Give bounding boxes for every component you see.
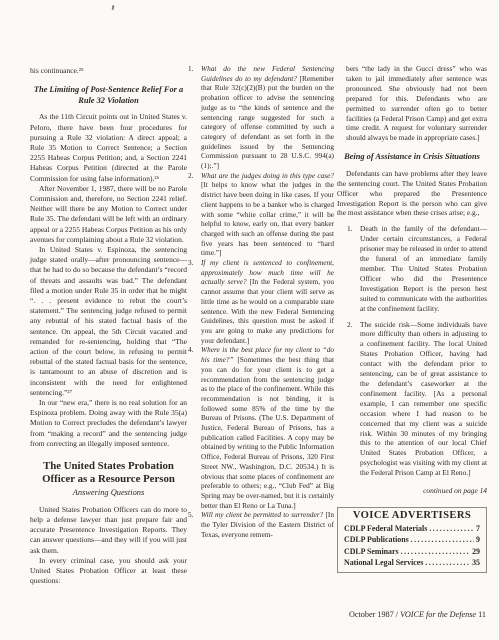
- journal-title: VOICE for the Defense: [400, 610, 476, 619]
- advertiser-row: National Legal Services 35: [344, 557, 480, 568]
- question-number: 5.: [188, 510, 201, 539]
- paragraph: After November 1, 1987, there will be no…: [30, 184, 187, 245]
- advertisers-title: VOICE ADVERTISERS: [344, 511, 480, 521]
- question-item: 4. Where is the best place for my client…: [188, 345, 334, 510]
- list-item-text: Death in the family of the defendant—Und…: [360, 224, 487, 313]
- page-footer: October 1987 / VOICE for the Defense 11: [349, 610, 486, 619]
- answer-text: [It helps to know what the judges in the…: [201, 180, 334, 257]
- scan-artifact: [112, 5, 115, 10]
- paragraph: As the 11th Circuit points out in United…: [30, 112, 187, 183]
- advertisers-box: VOICE ADVERTISERS CDLP Federal Materials…: [337, 507, 487, 574]
- paragraph: Defendants can have problems after they …: [337, 169, 487, 219]
- page-number: 11: [478, 610, 486, 619]
- question-number: 1.: [188, 64, 201, 171]
- advertiser-page-number: 7: [476, 523, 480, 534]
- advertiser-page-number: 9: [476, 534, 480, 545]
- footer-issue: October 1987 /: [349, 610, 400, 619]
- question-item: 5. Will my client be permitted to surren…: [188, 510, 334, 539]
- advertiser-page-number: 29: [472, 546, 480, 557]
- left-column: his continuance.²⁵ The Limiting of Post-…: [30, 66, 187, 586]
- question-number: 3.: [188, 258, 201, 345]
- advertiser-page-number: 35: [472, 557, 480, 568]
- paragraph: United States Probation Officers can do …: [30, 505, 187, 556]
- advertiser-row: CDLP Federal Materials 7: [344, 523, 480, 534]
- question-text: Will my client be permitted to surrender…: [201, 510, 323, 519]
- subheading-answering-questions: Answering Questions: [30, 488, 187, 499]
- answer-continuation: bers “the lady in the Gucci dress” who w…: [337, 64, 487, 143]
- answer-text: [Remember that Rule 32(c)(2)(B) put the …: [201, 74, 334, 170]
- advertiser-row: CDLP Publications 9: [344, 534, 480, 545]
- middle-column: 1. What do the new Federal Sentencing Gu…: [188, 64, 334, 539]
- scanned-page: his continuance.²⁵ The Limiting of Post-…: [0, 0, 499, 640]
- advertiser-label: CDLP Federal Materials: [344, 523, 427, 534]
- question-item: 2. What are the judges doing in this typ…: [188, 171, 334, 258]
- dot-leader: [429, 523, 474, 534]
- section-heading-resource-person: The United States Probation Officer as a…: [30, 460, 187, 485]
- section-heading-crisis: Being of Assistance in Crisis Situations: [339, 152, 485, 163]
- question-number: 4.: [188, 345, 201, 510]
- paragraph: In every criminal case, you should ask y…: [30, 556, 187, 587]
- answer-text: [Sometimes the best thing that you can d…: [201, 355, 334, 510]
- answer-text: [In the Federal system, you cannot assum…: [201, 277, 334, 344]
- advertiser-row: CDLP Seminars 29: [344, 546, 480, 557]
- question-text: What are the judges doing in this type c…: [201, 171, 334, 180]
- advertiser-label: CDLP Publications: [344, 534, 409, 545]
- paragraph: In United States v. Espinoza, the senten…: [30, 245, 187, 398]
- advertiser-label: CDLP Seminars: [344, 546, 399, 557]
- question-number: 2.: [188, 171, 201, 258]
- crisis-item: 2. The suicide risk—Some individuals hav…: [337, 320, 487, 479]
- list-number: 2.: [347, 320, 360, 479]
- question-item: 3. If my client is sentenced to confinem…: [188, 258, 334, 345]
- section-heading-limiting: The Limiting of Post-Sentence Relief For…: [32, 85, 185, 106]
- crisis-item: 1. Death in the family of the defendant—…: [337, 224, 487, 313]
- question-item: 1. What do the new Federal Sentencing Gu…: [188, 64, 334, 171]
- continued-note: continued on page 14: [337, 486, 487, 496]
- carryover-text: his continuance.²⁵: [30, 66, 187, 76]
- advertiser-label: National Legal Services: [344, 557, 423, 568]
- list-number: 1.: [347, 224, 360, 313]
- paragraph: In our “new era,” there is no real solut…: [30, 398, 187, 449]
- right-column: bers “the lady in the Gucci dress” who w…: [337, 64, 487, 573]
- dot-leader: [411, 534, 474, 545]
- dot-leader: [425, 557, 470, 568]
- dot-leader: [401, 546, 471, 557]
- list-item-text: The suicide risk—Some individuals have m…: [360, 320, 487, 479]
